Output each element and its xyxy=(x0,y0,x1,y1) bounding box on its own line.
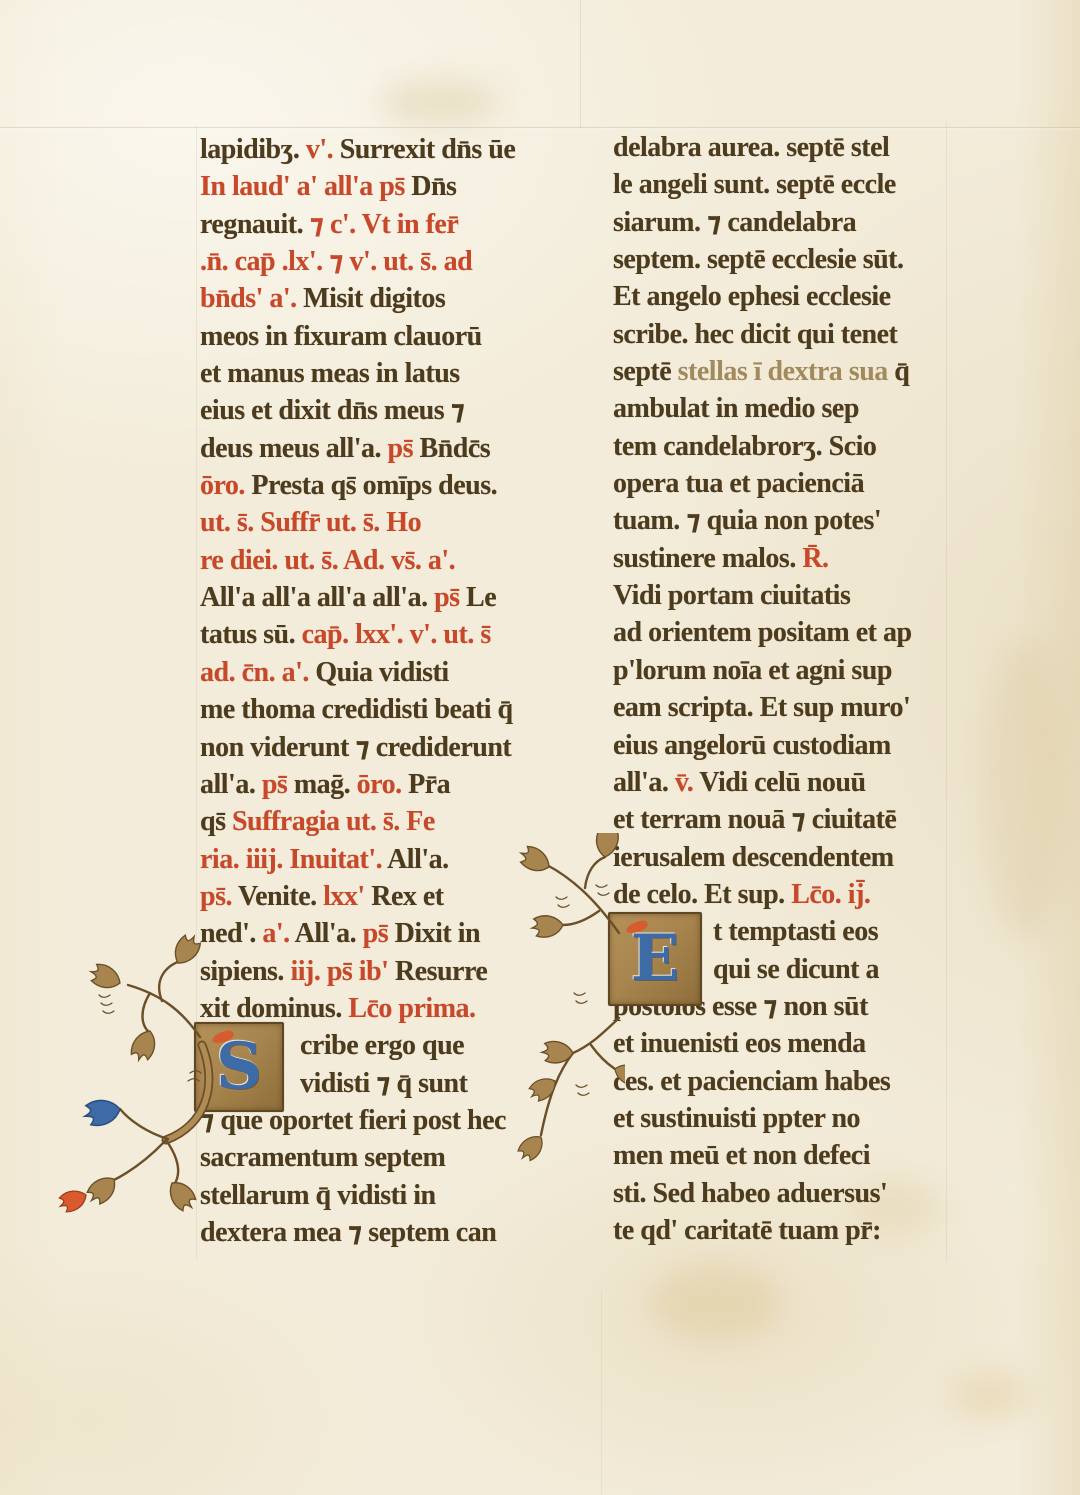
text-line: septē stellas ī dextra sua q̄ xyxy=(613,353,965,390)
text-line: sustinere malos. R̄. xyxy=(613,540,965,577)
text-segment: et inuenisti eos menda xyxy=(613,1028,866,1059)
text-segment: Le xyxy=(466,582,496,613)
text-segment: Vidi portam ciuitatis xyxy=(613,580,850,611)
text-segment: Bn̄dc̄s xyxy=(420,433,491,464)
text-segment: ps̄ xyxy=(262,769,294,800)
text-segment: sacramentum septem xyxy=(200,1142,445,1173)
text-line: ut. s̄. Suffr̄ ut. s̄. Ho xyxy=(200,504,568,541)
text-segment: eam scripta. Et sup muro' xyxy=(613,692,910,723)
text-line: ōro. Presta qs̄ omīps deus. xyxy=(200,467,568,504)
text-line: et sustinuisti ppter no xyxy=(613,1100,965,1137)
fold-crease xyxy=(0,127,1080,128)
text-line: lapidibʒ. v'. Surrexit dn̄s ūe xyxy=(200,131,568,168)
stain xyxy=(650,1265,780,1340)
text-line: eius angelorū custodiam xyxy=(613,727,965,764)
text-line: opera tua et pacienciā xyxy=(613,465,965,502)
text-segment: v̄. xyxy=(675,767,699,798)
text-segment: Rex et xyxy=(371,881,443,912)
text-line: siarum. ⁊ candelabra xyxy=(613,204,965,241)
text-segment: et terram nouā ⁊ ciuitatē xyxy=(613,804,896,835)
text-line: In laud' a' all'a ps̄ Dn̄s xyxy=(200,168,568,205)
illuminated-initial-e: E xyxy=(608,912,702,1006)
text-line: eam scripta. Et sup muro' xyxy=(613,689,965,726)
text-segment: qs̄ xyxy=(200,806,232,837)
text-segment: All'a. xyxy=(295,918,363,949)
text-segment: tem candelabrorʒ. Scio xyxy=(613,431,876,462)
text-segment: sipiens. xyxy=(200,956,290,987)
text-segment: ria. iiij. Inuitat'. xyxy=(200,844,387,875)
text-segment: t temptasti eos xyxy=(713,916,878,947)
text-segment: non viderunt ⁊ crediderunt xyxy=(200,732,511,763)
text-segment: et manus meas in latus xyxy=(200,358,460,389)
text-segment: Lc̄o. ij̄. xyxy=(791,879,870,910)
text-segment: lapidibʒ. xyxy=(200,134,306,165)
text-line: regnauit. ⁊ c'. Vt in fer̄ xyxy=(200,206,568,243)
text-segment: stellas ī dextra sua xyxy=(678,356,895,387)
text-segment: deus meus all'a. xyxy=(200,433,388,464)
text-segment: te qd' caritatē tuam pr̄: xyxy=(613,1215,881,1246)
text-segment: ōro. xyxy=(357,769,408,800)
text-line: le angeli sunt. septē eccle xyxy=(613,166,965,203)
text-line: ad orientem positam et ap xyxy=(613,614,965,651)
text-line: et terram nouā ⁊ ciuitatē xyxy=(613,801,965,838)
text-segment: septē xyxy=(613,356,678,387)
text-segment: q̄ xyxy=(894,356,909,387)
text-segment: opera tua et pacienciā xyxy=(613,468,864,499)
text-segment: a'. xyxy=(262,918,294,949)
text-line: scribe. hec dicit qui tenet xyxy=(613,316,965,353)
text-segment: all'a. xyxy=(200,769,262,800)
text-segment: men meū et non defeci xyxy=(613,1140,870,1171)
text-segment: ut. s̄. Suffr̄ ut. s̄. Ho xyxy=(200,507,421,538)
text-segment: ambulat in medio sep xyxy=(613,393,859,424)
text-line: sacramentum septem xyxy=(200,1139,568,1176)
text-line: qs̄ Suffragia ut. s̄. Fe xyxy=(200,803,568,840)
text-segment: tatus sū. xyxy=(200,619,302,650)
text-segment: vidisti ⁊ q̄ sunt xyxy=(300,1068,467,1099)
text-segment: qui se dicunt a xyxy=(713,954,879,985)
text-segment: ps̄ xyxy=(363,918,395,949)
text-line: tatus sū. cap̄. lxx'. v'. ut. s̄ xyxy=(200,616,568,653)
text-segment: v'. xyxy=(306,134,340,165)
text-segment: Resurre xyxy=(395,956,487,987)
text-column-right: delabra aurea. septē stelle angeli sunt.… xyxy=(613,129,965,1249)
text-line: et inuenisti eos menda xyxy=(613,1025,965,1062)
text-segment: ōro. xyxy=(200,470,251,501)
text-line: non viderunt ⁊ crediderunt xyxy=(200,729,568,766)
text-segment: le angeli sunt. septē eccle xyxy=(613,169,896,200)
text-segment: p'lorum noīa et agni sup xyxy=(613,655,892,686)
text-segment: R̄. xyxy=(802,543,828,574)
text-segment: re diei. ut. s̄. Ad. vs̄. a'. xyxy=(200,545,455,576)
stain xyxy=(985,640,1065,940)
fold-crease xyxy=(580,0,581,128)
text-segment: et sustinuisti ppter no xyxy=(613,1103,860,1134)
text-line: ria. iiij. Inuitat'. All'a. xyxy=(200,841,568,878)
text-segment: ⁊ c'. Vt in fer̄ xyxy=(310,209,459,240)
text-segment: All'a. xyxy=(387,844,449,875)
text-line: meos in fixuram clauorū xyxy=(200,318,568,355)
text-line: re diei. ut. s̄. Ad. vs̄. a'. xyxy=(200,542,568,579)
text-line: Vidi portam ciuitatis xyxy=(613,577,965,614)
stain xyxy=(380,80,500,125)
text-segment: All'a all'a all'a all'a. xyxy=(200,582,434,613)
text-segment: Lc̄o prima. xyxy=(348,993,475,1024)
text-line: sipiens. iij. ps̄ ib' Resurre xyxy=(200,953,568,990)
manuscript-page: lapidibʒ. v'. Surrexit dn̄s ūeIn laud' a… xyxy=(0,0,1080,1495)
text-segment: iij. ps̄ ib' xyxy=(290,956,394,987)
text-segment: In laud' a' all'a ps̄ xyxy=(200,171,411,202)
text-segment: dextera mea ⁊ septem can xyxy=(200,1217,496,1248)
text-line: septem. septē ecclesie sūt. xyxy=(613,241,965,278)
text-line: all'a. ps̄ maḡ. ōro. Pr̄a xyxy=(200,766,568,803)
text-segment: me thoma credidisti beati q̄ xyxy=(200,694,513,725)
text-line: ad. c̄n. a'. Quia vidisti xyxy=(200,654,568,691)
text-segment: ps̄. xyxy=(200,881,238,912)
text-segment: Surrexit dn̄s ūe xyxy=(340,134,516,165)
initial-letter: E xyxy=(631,927,680,991)
text-line: et manus meas in latus xyxy=(200,355,568,392)
text-segment: xit dominus. xyxy=(200,993,348,1024)
text-line: bn̄ds' a'. Misit digitos xyxy=(200,280,568,317)
text-segment: Dn̄s xyxy=(411,171,456,202)
text-segment: Presta qs̄ omīps deus. xyxy=(251,470,497,501)
text-line: ned'. a'. All'a. ps̄ Dixit in xyxy=(200,915,568,952)
text-segment: cribe ergo que xyxy=(300,1030,464,1061)
text-line: delabra aurea. septē stel xyxy=(613,129,965,166)
text-line: .n̄. cap̄ .lx'. ⁊ v'. ut. s̄. ad xyxy=(200,243,568,280)
text-segment: delabra aurea. septē stel xyxy=(613,132,889,163)
text-line: men meū et non defeci xyxy=(613,1137,965,1174)
text-line: p'lorum noīa et agni sup xyxy=(613,652,965,689)
text-segment: de celo. Et sup. xyxy=(613,879,791,910)
text-segment: Quia vidisti xyxy=(315,657,448,688)
text-line: deus meus all'a. ps̄ Bn̄dc̄s xyxy=(200,430,568,467)
text-segment: sti. Sed habeo aduersus' xyxy=(613,1178,887,1209)
text-segment: Pr̄a xyxy=(408,769,450,800)
text-line: eius et dixit dn̄s meus ⁊ xyxy=(200,392,568,429)
text-segment: eius angelorū custodiam xyxy=(613,730,891,761)
text-segment: stellarum q̄ vidisti in xyxy=(200,1180,436,1211)
text-segment: ned'. xyxy=(200,918,262,949)
text-line: sti. Sed habeo aduersus' xyxy=(613,1175,965,1212)
text-line: ambulat in medio sep xyxy=(613,390,965,427)
text-line: all'a. v̄. Vidi celū nouū xyxy=(613,764,965,801)
text-line: dextera mea ⁊ septem can xyxy=(200,1214,568,1251)
text-segment: scribe. hec dicit qui tenet xyxy=(613,319,897,350)
text-segment: sustinere malos. xyxy=(613,543,802,574)
text-segment: ps̄ xyxy=(434,582,466,613)
text-segment: Dixit in xyxy=(395,918,480,949)
text-segment: Suffragia ut. s̄. Fe xyxy=(232,806,435,837)
text-segment: meos in fixuram clauorū xyxy=(200,321,482,352)
text-line: te qd' caritatē tuam pr̄: xyxy=(613,1212,965,1249)
text-line: All'a all'a all'a all'a. ps̄ Le xyxy=(200,579,568,616)
text-segment: ps̄ xyxy=(388,433,420,464)
initial-letter: S xyxy=(216,1035,262,1099)
text-line: ierusalem descendentem xyxy=(613,839,965,876)
text-segment: regnauit. xyxy=(200,209,310,240)
text-segment: Misit digitos xyxy=(303,283,445,314)
text-segment: bn̄ds' a'. xyxy=(200,283,303,314)
text-segment: siarum. ⁊ candelabra xyxy=(613,207,856,238)
text-line: ces. et pacienciam habes xyxy=(613,1063,965,1100)
text-line: stellarum q̄ vidisti in xyxy=(200,1177,568,1214)
text-segment: all'a. xyxy=(613,767,675,798)
stain xyxy=(950,1370,1030,1420)
text-segment: eius et dixit dn̄s meus ⁊ xyxy=(200,395,465,426)
text-segment: ces. et pacienciam habes xyxy=(613,1066,890,1097)
text-segment: Et angelo ephesi ecclesie xyxy=(613,281,891,312)
text-segment: ierusalem descendentem xyxy=(613,842,894,873)
text-segment: septem. septē ecclesie sūt. xyxy=(613,244,904,275)
text-segment: lxx' xyxy=(323,881,371,912)
text-line: me thoma credidisti beati q̄ xyxy=(200,691,568,728)
text-segment: maḡ. xyxy=(294,769,357,800)
text-segment: Vidi celū nouū xyxy=(699,767,865,798)
illuminated-initial-s: S xyxy=(194,1022,284,1112)
text-line: Et angelo ephesi ecclesie xyxy=(613,278,965,315)
text-line: tuam. ⁊ quia non potes' xyxy=(613,502,965,539)
text-segment: tuam. ⁊ quia non potes' xyxy=(613,505,881,536)
text-segment: .n̄. cap̄ .lx'. ⁊ v'. ut. s̄. ad xyxy=(200,246,472,277)
text-segment: cap̄. lxx'. v'. ut. s̄ xyxy=(302,619,491,650)
fold-crease xyxy=(601,1290,602,1495)
text-segment: Venite. xyxy=(238,881,323,912)
text-segment: ad orientem positam et ap xyxy=(613,617,912,648)
text-line: tem candelabrorʒ. Scio xyxy=(613,428,965,465)
text-segment: ad. c̄n. a'. xyxy=(200,657,315,688)
text-line: de celo. Et sup. Lc̄o. ij̄. xyxy=(613,876,965,913)
text-line: ps̄. Venite. lxx' Rex et xyxy=(200,878,568,915)
